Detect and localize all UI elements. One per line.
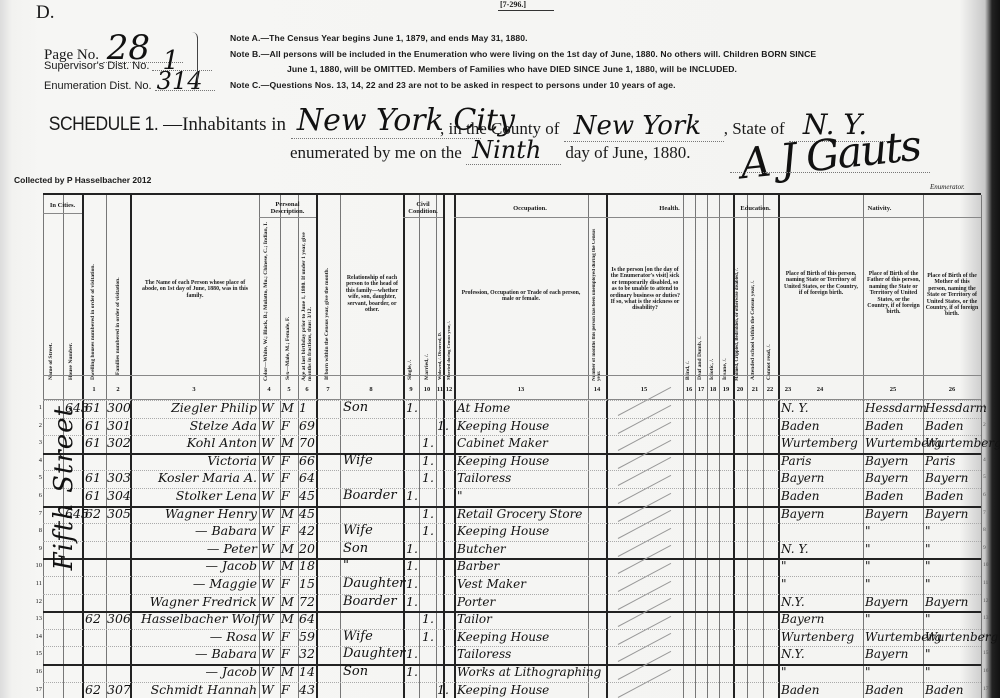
table-row: 5561303Kosler Maria A.WF641.TailoressBay… <box>43 471 981 489</box>
dwelling-number: 62 <box>85 507 101 521</box>
col-number: 14 <box>587 386 607 393</box>
mother-birthplace: Bayern <box>925 471 968 485</box>
line-number: 16 <box>32 668 42 675</box>
note-c: Note C.—Questions Nos. 13, 14, 22 and 23… <box>230 78 816 94</box>
relationship: Boarder <box>343 595 397 609</box>
col-number: 6 <box>297 386 317 393</box>
relationship: Son <box>343 665 368 679</box>
line-number: 8 <box>32 527 42 534</box>
person-name: Wagner Fredrick <box>141 595 257 609</box>
father-birthplace: Hessdarm <box>865 401 927 415</box>
group-underline <box>778 217 981 218</box>
day-value: Ninth <box>466 136 561 165</box>
enumeration-district-field: Enumeration Dist. No. 314 <box>44 72 215 92</box>
father-birthplace: " <box>865 559 871 573</box>
single-mark: 1. <box>406 665 418 679</box>
birthplace: N. Y. <box>781 401 809 415</box>
form-letter: D. <box>36 2 54 24</box>
table-row: 1111— MaggieWF15Daughter1.Vest Maker""" <box>43 577 981 595</box>
mother-birthplace: Wurtenberg <box>925 630 998 644</box>
enumeration-district-label: Enumeration Dist. No. <box>44 80 152 92</box>
mother-birthplace: " <box>925 612 931 626</box>
bracket-divider <box>192 32 198 90</box>
col-number: 2 <box>108 386 128 393</box>
line-number: 6 <box>32 492 42 499</box>
father-birthplace: Bayern <box>865 595 908 609</box>
family-number: 307 <box>107 683 131 697</box>
occupation: Vest Maker <box>457 577 526 591</box>
family-number: 301 <box>107 419 131 433</box>
father-birthplace: Bayern <box>865 471 908 485</box>
occupation: Keeping House <box>457 419 549 433</box>
birthplace: Baden <box>781 419 819 433</box>
age: 59 <box>299 630 315 644</box>
color-code: W <box>261 647 274 661</box>
col-number: 3 <box>184 386 204 393</box>
color-code: W <box>261 630 274 644</box>
dwelling-number: 61 <box>85 471 101 485</box>
married-mark: 1. <box>422 436 434 450</box>
line-number: 13 <box>32 615 42 622</box>
line-number: 14 <box>32 633 42 640</box>
col-header-12: Married during Census year, /. <box>446 255 451 380</box>
line-number: 3 <box>32 439 42 446</box>
col-header-10: Married, /. <box>424 335 430 380</box>
col-number: 13 <box>511 386 531 393</box>
col-header-street: Name of Street. <box>48 325 54 380</box>
color-code: W <box>261 454 274 468</box>
line-number-right: 6 <box>983 492 986 498</box>
enumeration-district-value: 314 <box>155 72 215 91</box>
married-mark: 1. <box>422 524 434 538</box>
mother-birthplace: Paris <box>925 454 955 468</box>
age: 64 <box>299 471 315 485</box>
color-code: W <box>261 595 274 609</box>
col-number: 4 <box>259 386 279 393</box>
table-row: 1010— JacobWM18"1.Barber""" <box>43 559 981 577</box>
dwelling-number: 61 <box>85 401 101 415</box>
mother-birthplace: Bayern <box>925 595 968 609</box>
table-row: 171762307Schmidt HannahWF431.Keeping Hou… <box>43 683 981 698</box>
birthplace: N. Y. <box>781 542 809 556</box>
group-underline <box>403 217 443 218</box>
person-name: — Babara <box>141 524 257 538</box>
col-header-17: Deaf and Dumb, /. <box>697 315 703 380</box>
person-name: Stolker Lena <box>141 489 257 503</box>
occupation: Barber <box>457 559 499 573</box>
person-name: Wagner Henry <box>141 507 257 521</box>
sex-code: F <box>281 471 290 485</box>
line-number: 9 <box>32 545 42 552</box>
line-number: 5 <box>32 474 42 481</box>
age: 14 <box>299 665 315 679</box>
married-mark: 1. <box>422 507 434 521</box>
age: 64 <box>299 612 315 626</box>
form-code: [7-296.] <box>498 0 554 11</box>
father-birthplace: Bayern <box>865 507 908 521</box>
table-row: 2261301Stelze AdaWF691.Keeping HouseBade… <box>43 419 981 437</box>
line-number: 1 <box>32 404 42 411</box>
color-code: W <box>261 612 274 626</box>
table-row: 1616— JacobWM14Son1.Works at Lithographi… <box>43 665 981 683</box>
sex-code: M <box>281 401 294 415</box>
mother-birthplace: " <box>925 665 931 679</box>
col-header-14: Number of months this person has been un… <box>592 221 604 381</box>
color-code: W <box>261 665 274 679</box>
col-header-24: Place of Birth of this person, naming St… <box>783 271 859 297</box>
line-number: 15 <box>32 650 42 657</box>
person-name: Victoria <box>141 454 257 468</box>
person-name: Schmidt Hannah <box>141 683 257 697</box>
father-birthplace: Baden <box>865 419 903 433</box>
line-number: 10 <box>32 562 42 569</box>
age: 69 <box>299 419 315 433</box>
sex-code: M <box>281 595 294 609</box>
birthplace: " <box>781 559 787 573</box>
col-header-25: Place of Birth of the Father of this per… <box>866 271 921 316</box>
occupation: Works at Lithographing <box>457 665 601 679</box>
line-number: 4 <box>32 457 42 464</box>
occupation: " <box>457 489 463 503</box>
mother-birthplace: Hessdarm <box>925 401 987 415</box>
col-number: 23 <box>778 386 798 393</box>
married-mark: 1. <box>422 612 434 626</box>
occupation: At Home <box>457 401 510 415</box>
line-number-right: 10 <box>983 562 989 568</box>
line-number-right: 5 <box>983 474 986 480</box>
note-b-cont: June 1, 1880, will be OMITTED. Members o… <box>230 62 816 78</box>
line-number-right: 9 <box>983 545 986 551</box>
sex-code: F <box>281 647 290 661</box>
birthplace: Wurtenberg <box>781 630 854 644</box>
line-number: 17 <box>32 686 42 693</box>
group-underline <box>733 217 778 218</box>
group-education: Education. <box>733 205 778 212</box>
table-row: 6661304Stolker LenaWF45Boarder1."BadenBa… <box>43 489 981 507</box>
person-name: — Jacob <box>141 665 257 679</box>
table-row: 7764562305Wagner HenryWM451.Retail Groce… <box>43 507 981 525</box>
occupation: Porter <box>457 595 495 609</box>
mother-birthplace: " <box>925 559 931 573</box>
enumerated-line: enumerated by me on the Ninth day of Jun… <box>290 136 690 165</box>
person-name: Kohl Anton <box>141 436 257 450</box>
col-number: 15 <box>634 386 654 393</box>
birthplace: Bayern <box>781 471 824 485</box>
col-header-26: Place of Birth of the Mother of this per… <box>925 273 979 318</box>
single-mark: 1. <box>406 489 418 503</box>
col-number: 1 <box>84 386 104 393</box>
family-number: 305 <box>107 507 131 521</box>
line-number-right: 7 <box>983 510 986 516</box>
married-mark: 1. <box>422 630 434 644</box>
group-personal: Personal Description. <box>259 201 316 215</box>
group-underline <box>606 217 733 218</box>
mother-birthplace: Wurtemberg <box>925 436 1000 450</box>
occupation: Keeping House <box>457 630 549 644</box>
family-number: 300 <box>107 401 131 415</box>
group-health: Health. <box>606 205 733 212</box>
col-header-22: Cannot read, /. <box>766 315 772 380</box>
col-header-7: If born within the Census year, give the… <box>324 235 330 380</box>
occupation: Butcher <box>457 542 506 556</box>
age: 43 <box>299 683 315 697</box>
table-row: 88— BabaraWF42Wife1.Keeping House"" <box>43 524 981 542</box>
age: 70 <box>299 436 315 450</box>
sex-code: F <box>281 419 290 433</box>
birthplace: Baden <box>781 683 819 697</box>
age: 32 <box>299 647 315 661</box>
enumerator-label: Enumerator. <box>930 183 965 191</box>
relationship: Boarder <box>343 489 397 503</box>
header-bottom <box>43 375 981 376</box>
birthplace: Bayern <box>781 507 824 521</box>
family-number: 304 <box>107 489 131 503</box>
relationship: Son <box>343 401 368 415</box>
father-birthplace: " <box>865 612 871 626</box>
married-mark: 1. <box>422 471 434 485</box>
line-number-right: 17 <box>983 686 989 692</box>
col-number: 26 <box>942 386 962 393</box>
col-header-6: Age at last birthday prior to June 1, 18… <box>301 221 315 381</box>
group-underline <box>259 217 316 218</box>
single-mark: 1. <box>406 595 418 609</box>
col-header-2: Families numbered in order of visitation… <box>115 255 121 375</box>
group-civil: Civil Condition. <box>403 201 443 215</box>
father-birthplace: Baden <box>865 489 903 503</box>
birthplace: " <box>781 665 787 679</box>
line-number: 12 <box>32 598 42 605</box>
mother-birthplace: Baden <box>925 489 963 503</box>
age: 18 <box>299 559 315 573</box>
census-table: In Cities. Personal Description. Civil C… <box>43 193 981 698</box>
person-name: — Peter <box>141 542 257 556</box>
color-code: W <box>261 419 274 433</box>
col-header-13: Profession, Occupation or Trade of each … <box>459 290 583 303</box>
person-name: Hasselbacher Wolf <box>141 612 257 626</box>
line-number: 11 <box>32 580 42 587</box>
relationship: Wife <box>343 454 373 468</box>
dwelling-number: 61 <box>85 489 101 503</box>
col-header-18: Idiotic, /. <box>709 340 715 380</box>
sex-code: F <box>281 524 290 538</box>
color-code: W <box>261 489 274 503</box>
col-number: 24 <box>810 386 830 393</box>
note-a: Note A.—The Census Year begins June 1, 1… <box>230 31 816 47</box>
col-header-house: House Number. <box>68 325 74 380</box>
relationship: " <box>343 559 349 573</box>
col-number: 12 <box>439 386 459 393</box>
dwelling-number: 61 <box>85 419 101 433</box>
table-row: 3361302Kohl AntonWM701.Cabinet MakerWurt… <box>43 436 981 454</box>
group-in-cities: In Cities. <box>43 202 82 209</box>
person-name: — Babara <box>141 647 257 661</box>
birthplace: Baden <box>781 489 819 503</box>
col-header-4: Color—White, W.; Black, B.; Mulatto, Mu.… <box>263 221 277 381</box>
birthplace: Paris <box>781 454 811 468</box>
sex-code: M <box>281 507 294 521</box>
father-birthplace: Bayern <box>865 647 908 661</box>
family-number: 306 <box>107 612 131 626</box>
mother-birthplace: Bayern <box>925 507 968 521</box>
age: 72 <box>299 595 315 609</box>
line-number-right: 15 <box>983 650 989 656</box>
group-underline <box>454 217 606 218</box>
sex-code: M <box>281 665 294 679</box>
sex-code: F <box>281 489 290 503</box>
col-number: 5 <box>279 386 299 393</box>
mother-birthplace: Baden <box>925 419 963 433</box>
line-number-right: 12 <box>983 598 989 604</box>
mother-birthplace: Baden <box>925 683 963 697</box>
collected-by-note: Collected by P Hasselbacher 2012 <box>14 175 151 185</box>
col-header-15: Is the person [on the day of the Enumera… <box>610 267 680 312</box>
relationship: Wife <box>343 630 373 644</box>
relationship: Son <box>343 542 368 556</box>
occupation: Keeping House <box>457 683 549 697</box>
mother-birthplace: " <box>925 542 931 556</box>
col-number: 25 <box>883 386 903 393</box>
col-header-9: Single, /. <box>407 335 413 380</box>
sex-code: F <box>281 630 290 644</box>
inhabitants-label: —Inhabitants in <box>163 114 286 135</box>
birthplace: Wurtemberg <box>781 436 858 450</box>
birthplace: Bayern <box>781 612 824 626</box>
father-birthplace: " <box>865 665 871 679</box>
color-code: W <box>261 507 274 521</box>
line-number: 7 <box>32 510 42 517</box>
col-number: 8 <box>361 386 381 393</box>
widowed-mark: 1. <box>437 683 449 697</box>
father-birthplace: " <box>865 524 871 538</box>
color-code: W <box>261 471 274 485</box>
person-name: Kosler Maria A. <box>141 471 257 485</box>
occupation: Keeping House <box>457 524 549 538</box>
sex-code: F <box>281 683 290 697</box>
dwelling-number: 62 <box>85 612 101 626</box>
table-row: 1414— RosaWF59Wife1.Keeping HouseWurtenb… <box>43 630 981 648</box>
schedule-heading: SCHEDULE 1.—Inhabitants in New York City <box>44 103 481 139</box>
occupation: Cabinet Maker <box>457 436 548 450</box>
day-suffix: day of June, 1880. <box>565 143 690 162</box>
sex-code: M <box>281 612 294 626</box>
color-code: W <box>261 577 274 591</box>
single-mark: 1. <box>406 401 418 415</box>
col-header-11: Widowed, /. Divorced, D. <box>437 305 442 380</box>
census-page: [7-296.] D. Page No. 28 Supervisor's Dis… <box>0 0 1000 698</box>
color-code: W <box>261 436 274 450</box>
col-header-20: Maimed, Crippled, Bedridden, or otherwis… <box>735 221 740 381</box>
line-number-right: 2 <box>983 422 986 428</box>
sex-code: F <box>281 454 290 468</box>
dwelling-number: 61 <box>85 436 101 450</box>
signature-line <box>730 172 930 173</box>
col-number: 22 <box>760 386 780 393</box>
supervisor-district-label: Supervisor's Dist. No. <box>44 60 149 72</box>
relationship: Daughter <box>343 577 405 591</box>
line-number: 2 <box>32 422 42 429</box>
group-nativity: Nativity. <box>778 205 981 212</box>
color-code: W <box>261 524 274 538</box>
age: 66 <box>299 454 315 468</box>
col-number: 7 <box>318 386 338 393</box>
group-occupation: Occupation. <box>454 205 606 212</box>
enumerated-label: enumerated by me on the <box>290 143 462 162</box>
color-code: W <box>261 401 274 415</box>
person-name: — Rosa <box>141 630 257 644</box>
single-mark: 1. <box>406 559 418 573</box>
table-row: 44VictoriaWF66Wife1.Keeping HouseParisBa… <box>43 454 981 472</box>
occupation: Retail Grocery Store <box>457 507 582 521</box>
table-row: 1515— BabaraWF32Daughter1.TailoressN.Y.B… <box>43 647 981 665</box>
occupation: Tailoress <box>457 647 511 661</box>
family-number: 302 <box>107 436 131 450</box>
color-code: W <box>261 683 274 697</box>
father-birthplace: " <box>865 542 871 556</box>
line-number-right: 4 <box>983 457 986 463</box>
mother-birthplace: " <box>925 577 931 591</box>
person-name: Ziegler Philip <box>141 401 257 415</box>
sex-code: F <box>281 577 290 591</box>
schedule-title: SCHEDULE 1. <box>49 114 159 136</box>
table-row: 131362306Hasselbacher WolfWM641.TailorBa… <box>43 612 981 630</box>
age: 42 <box>299 524 315 538</box>
person-name: Stelze Ada <box>141 419 257 433</box>
group-underline <box>43 213 82 214</box>
occupation: Keeping House <box>457 454 549 468</box>
father-birthplace: Baden <box>865 683 903 697</box>
color-code: W <box>261 559 274 573</box>
father-birthplace: " <box>865 577 871 591</box>
dwelling-number: 62 <box>85 683 101 697</box>
age: 15 <box>299 577 315 591</box>
col-header-8: Relationship of each person to the head … <box>343 275 401 313</box>
sex-code: M <box>281 559 294 573</box>
father-birthplace: Bayern <box>865 454 908 468</box>
person-name: — Maggie <box>141 577 257 591</box>
col-header-21: Attended school within the Census year, … <box>750 245 756 380</box>
table-row: 99— PeterWM20Son1.ButcherN. Y."" <box>43 542 981 560</box>
line-number-right: 13 <box>983 615 989 621</box>
age: 45 <box>299 507 315 521</box>
single-mark: 1. <box>406 647 418 661</box>
birthplace: " <box>781 577 787 591</box>
person-name: — Jacob <box>141 559 257 573</box>
mother-birthplace: " <box>925 647 931 661</box>
col-header-1: Dwelling houses numbered in order of vis… <box>90 225 96 380</box>
col-header-5: Sex—Male, M.; Female, F. <box>285 295 291 380</box>
birthplace: N.Y. <box>781 647 805 661</box>
widowed-mark: 1. <box>437 419 449 433</box>
relationship: Wife <box>343 524 373 538</box>
color-code: W <box>261 542 274 556</box>
line-number-right: 8 <box>983 527 986 533</box>
col-header-3: The Name of each Person whose place of a… <box>136 280 254 299</box>
age: 45 <box>299 489 315 503</box>
age: 20 <box>299 542 315 556</box>
census-notes: Note A.—The Census Year begins June 1, 1… <box>230 31 816 93</box>
married-mark: 1. <box>422 454 434 468</box>
table-row: 1164361300Ziegler PhilipWM1Son1.At HomeN… <box>43 401 981 419</box>
note-b: Note B.—All persons will be included in … <box>230 47 816 63</box>
line-number-right: 16 <box>983 668 989 674</box>
sex-code: M <box>281 436 294 450</box>
family-number: 303 <box>107 471 131 485</box>
birthplace: N.Y. <box>781 595 805 609</box>
col-header-19: Insane, /. <box>722 340 728 380</box>
single-mark: 1. <box>406 542 418 556</box>
sex-code: M <box>281 542 294 556</box>
relationship: Daughter <box>343 647 405 661</box>
